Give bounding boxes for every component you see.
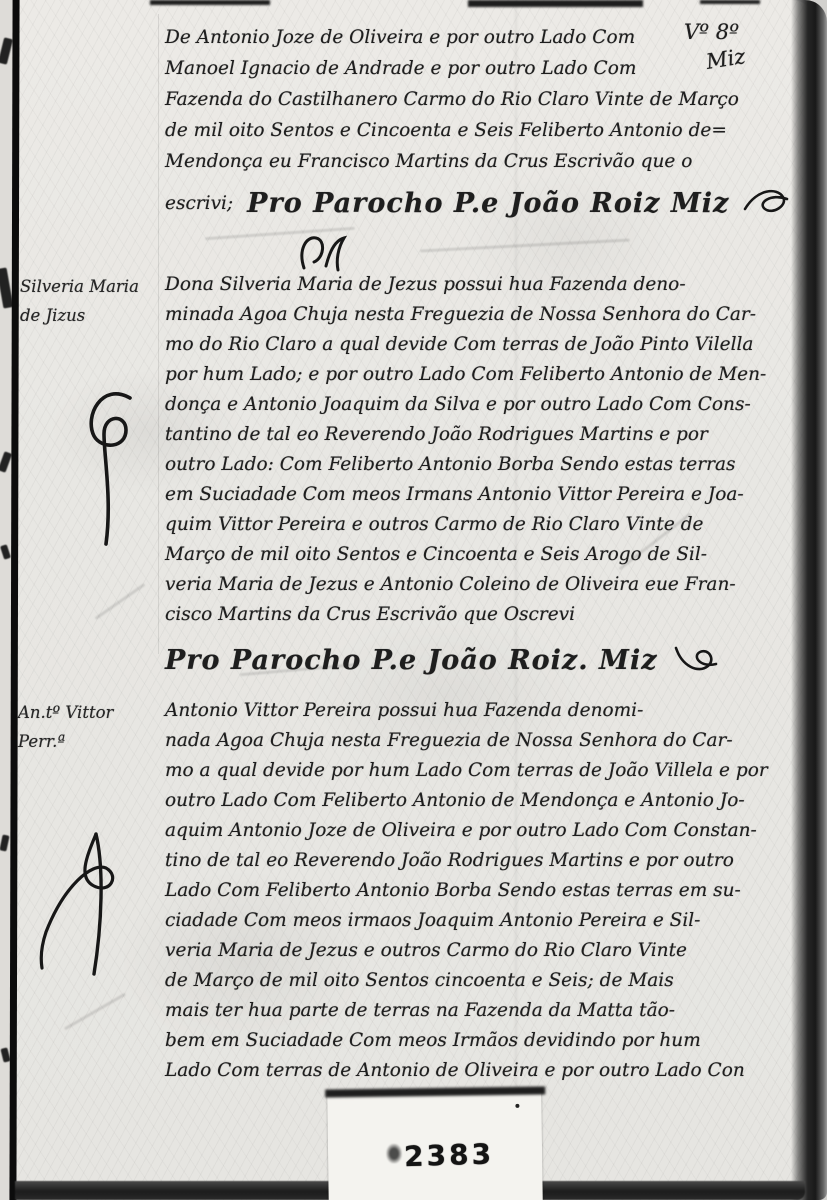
manuscript-line: escrivi; (165, 189, 233, 219)
manuscript-line: de mil oito Sentos e Cincoenta e Seis Fe… (165, 115, 790, 146)
margin-paraph-icon (38, 828, 126, 980)
manuscript-line: veria Maria de Jezus e outros Carmo do R… (165, 936, 790, 966)
manuscript-line: mo a qual devide por hum Lado Com terras… (165, 756, 790, 786)
manuscript-line: Dona Silveria Maria de Jezus possui hua … (165, 270, 790, 300)
top-edge-smudge (468, 0, 643, 7)
top-edge-smudge (150, 0, 270, 5)
manuscript-line: ciadade Com meos irmaos Joaquim Antonio … (165, 906, 790, 936)
margin-note-line: de Jizus (20, 301, 165, 330)
manuscript-line: bem em Suciadade Com meos Irmãos devidin… (165, 1026, 790, 1056)
manuscript-line: nada Agoa Chuja nesta Freguezia de Nossa… (165, 726, 790, 756)
manuscript-line: por hum Lado; e por outro Lado Com Felib… (165, 360, 790, 390)
book-edge-shadow (791, 0, 827, 1200)
paragraph-opening-flourish-icon (296, 232, 348, 274)
manuscript-line: quim Vittor Pereira e outros Carmo de Ri… (165, 510, 790, 540)
manuscript-line: Lado Com terras de Antonio de Oliveira e… (165, 1056, 790, 1086)
scanned-register-page: Vº 8º Miz De Antonio Joze de Oliveira e … (0, 0, 827, 1200)
stamp-smudge (386, 1143, 402, 1163)
signature-flourish-icon (672, 640, 718, 676)
manuscript-line: tino de tal eo Reverendo João Rodrigues … (165, 846, 790, 876)
entry-continuation: De Antonio Joze de Oliveira e por outro … (165, 22, 790, 219)
archive-number-stamp: 2383 (404, 1137, 495, 1173)
manuscript-line: mo do Rio Claro a qual devide Com terras… (165, 330, 790, 360)
margin-note-owner: Silveria Maria de Jizus (20, 272, 165, 330)
manuscript-line: Manoel Ignacio de Andrade e por outro La… (165, 53, 790, 84)
manuscript-line: em Suciadade Com meos Irmans Antonio Vit… (165, 480, 790, 510)
manuscript-line: veria Maria de Jezus e Antonio Coleino d… (165, 570, 790, 600)
margin-paraph-icon (80, 388, 146, 553)
parish-priest-signature: Pro Parocho P.e João Roiz Miz (247, 188, 729, 219)
manuscript-line: tantino de tal eo Reverendo João Rodrigu… (165, 420, 790, 450)
manuscript-line: Lado Com Feliberto Antonio Borba Sendo e… (165, 876, 790, 906)
manuscript-line: De Antonio Joze de Oliveira e por outro … (165, 22, 790, 53)
manuscript-line: Mendonça eu Francisco Martins da Crus Es… (165, 146, 790, 177)
margin-note-line: Silveria Maria (20, 272, 165, 301)
margin-rule-line (158, 14, 159, 654)
closing-signature-row: Pro Parocho P.e João Roiz. Miz (165, 634, 790, 676)
entry-silveria-maria: Dona Silveria Maria de Jezus possui hua … (165, 270, 790, 676)
manuscript-line: Antonio Vittor Pereira possui hua Fazend… (165, 696, 790, 726)
margin-note-line: An.tº Vittor (18, 698, 163, 727)
closing-signature-row: escrivi; Pro Parocho P.e João Roiz Miz (165, 177, 790, 219)
margin-note-owner: An.tº Vittor Perr.ª (18, 698, 163, 756)
manuscript-line: minada Agoa Chuja nesta Freguezia de Nos… (165, 300, 790, 330)
manuscript-line: de Março de mil oito Sentos cincoenta e … (165, 966, 790, 996)
manuscript-line: cisco Martins da Crus Escrivão que Oscre… (165, 600, 790, 630)
manuscript-line: Fazenda do Castilhanero Carmo do Rio Cla… (165, 84, 790, 115)
manuscript-line: mais ter hua parte de terras na Fazenda … (165, 996, 790, 1026)
margin-note-line: Perr.ª (18, 727, 163, 756)
manuscript-line: Março de mil oito Sentos e Cincoenta e S… (165, 540, 790, 570)
top-edge-smudge (700, 0, 760, 4)
entry-antonio-vittor: Antonio Vittor Pereira possui hua Fazend… (165, 696, 790, 1086)
parish-priest-signature: Pro Parocho P.e João Roiz. Miz (165, 645, 658, 676)
archive-number-slip: 2383 (327, 1090, 543, 1200)
signature-flourish-icon (743, 185, 789, 219)
manuscript-line: donça e Antonio Joaquim da Silva e por o… (165, 390, 790, 420)
manuscript-line: outro Lado: Com Feliberto Antonio Borba … (165, 450, 790, 480)
manuscript-line: aquim Antonio Joze de Oliveira e por out… (165, 816, 790, 846)
slip-edge-shadow (325, 1086, 545, 1097)
slip-ink-dot (515, 1104, 519, 1108)
manuscript-line: outro Lado Com Feliberto Antonio de Mend… (165, 786, 790, 816)
